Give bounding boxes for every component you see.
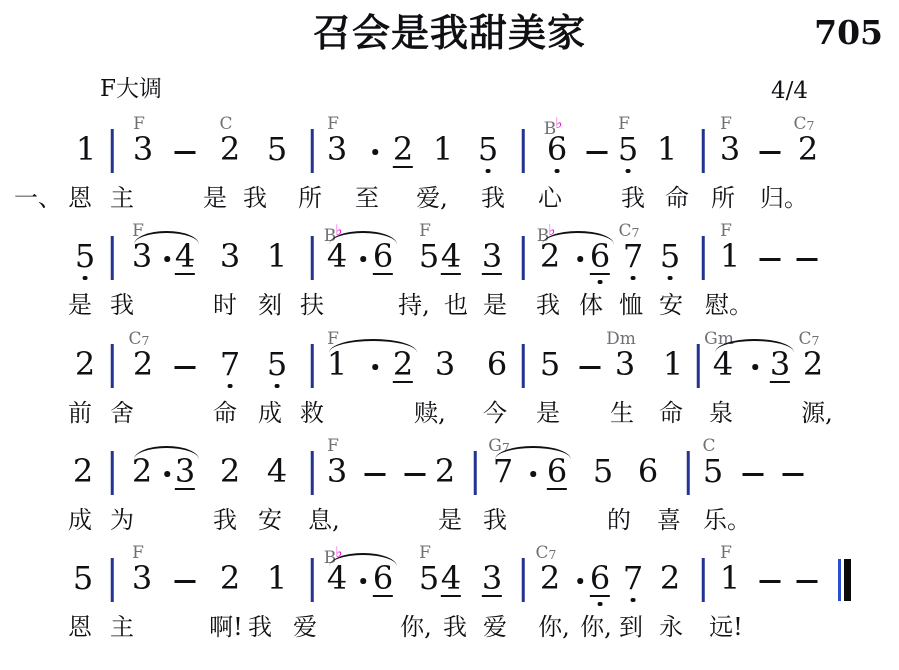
note: 2	[393, 133, 413, 168]
lyric-syllable: 心	[538, 185, 562, 211]
note: 5	[703, 455, 723, 487]
note: 3	[327, 133, 347, 165]
chord-label: F	[327, 116, 339, 133]
chord-label: F	[720, 545, 732, 562]
sustain-dash	[175, 366, 196, 369]
lyric-syllable: 我	[483, 507, 507, 533]
lyric-syllable: 为	[110, 507, 134, 533]
final-bar-thin-line	[838, 559, 841, 601]
augmentation-dot	[372, 149, 378, 155]
sustain-dash	[175, 580, 196, 583]
note: 5	[267, 348, 287, 380]
note: 5	[419, 562, 439, 594]
lyric-syllable: 恩	[68, 614, 92, 640]
octave-dot	[555, 169, 560, 174]
lyric-syllable: 安	[258, 507, 282, 533]
sustain-dash	[580, 366, 601, 369]
note: 6	[487, 348, 507, 380]
chord-extension: 7	[142, 333, 150, 348]
chord-label: C	[702, 438, 715, 455]
chord-letter: F	[618, 114, 630, 134]
chord-label: F	[132, 545, 144, 562]
chord-label: F	[720, 116, 732, 133]
chord-label: C7	[619, 223, 640, 240]
octave-dot	[228, 384, 233, 389]
chord-extension: 7	[812, 333, 820, 348]
chord-label: F	[618, 116, 630, 133]
augmentation-dot	[752, 364, 758, 370]
chord-letter: F	[720, 221, 732, 241]
music-system: 13F2C53F2156B♭5F13F2C7一、恩主是我所至爱,我心我命所归。	[0, 115, 899, 215]
bar-line	[702, 558, 705, 602]
chord-label: C7	[129, 331, 150, 348]
bar-line	[311, 236, 314, 280]
lyric-syllable: 主	[110, 614, 134, 640]
chord-letter: F	[720, 114, 732, 134]
note: 4	[441, 240, 461, 275]
lyric-syllable: 你,	[400, 614, 432, 640]
note: 3	[327, 455, 347, 487]
sustain-dash	[797, 580, 818, 583]
sustain-dash	[405, 473, 426, 476]
lyric-syllable: 慰。	[705, 292, 753, 318]
bar-line	[522, 129, 525, 173]
note: 2	[220, 455, 240, 487]
lyric-syllable: 赎,	[414, 400, 446, 426]
lyric-syllable: 泉	[709, 400, 733, 426]
note: 3	[175, 455, 195, 490]
lyric-syllable: 安	[659, 292, 683, 318]
chord-label: C	[219, 116, 232, 133]
chord-letter: G	[704, 329, 718, 349]
chord-letter: F	[419, 543, 431, 563]
chord-label: C7	[799, 331, 820, 348]
lyric-syllable: 爱	[293, 614, 317, 640]
lyric-syllable: 我	[248, 614, 272, 640]
augmentation-dot	[360, 578, 366, 584]
lyric-syllable: 所	[298, 185, 322, 211]
lyric-syllable: 爱	[483, 614, 507, 640]
note: 7	[623, 240, 643, 272]
note: 2	[393, 348, 413, 383]
bar-line	[111, 344, 114, 388]
lyric-syllable: 命	[213, 400, 237, 426]
chord-letter: F	[720, 543, 732, 563]
note: 2	[660, 562, 680, 594]
note: 4	[267, 455, 287, 487]
lyric-syllable: 舍	[110, 400, 134, 426]
sustain-dash	[760, 580, 781, 583]
lyric-syllable: 我	[443, 614, 467, 640]
sustain-dash	[587, 151, 608, 154]
bar-line	[522, 558, 525, 602]
augmentation-dot	[164, 256, 170, 262]
chord-label: F	[327, 438, 339, 455]
sustain-dash	[783, 473, 804, 476]
augmentation-dot	[164, 471, 170, 477]
music-system: 223243F27G76565C成为我安息,是我的喜乐。	[0, 437, 899, 537]
chord-label: F	[419, 223, 431, 240]
lyric-syllable: 成	[68, 507, 92, 533]
lyric-syllable: 乐。	[703, 507, 751, 533]
chord-label: F	[419, 545, 431, 562]
augmentation-dot	[577, 578, 583, 584]
lyric-syllable: 我	[621, 185, 645, 211]
augmentation-dot	[530, 471, 536, 477]
lyric-syllable: 我	[481, 185, 505, 211]
augmentation-dot	[372, 364, 378, 370]
lyric-syllable: 啊!	[209, 614, 243, 640]
augmentation-dot	[360, 256, 366, 262]
lyric-syllable: 一、	[14, 185, 62, 211]
note: 3	[482, 240, 502, 275]
chord-letter: C	[129, 329, 142, 349]
note: 5	[75, 240, 95, 272]
lyric-syllable: 息,	[308, 507, 340, 533]
note: 1	[267, 240, 287, 272]
lyric-syllable: 命	[665, 185, 689, 211]
chord-label: F	[720, 223, 732, 240]
chord-label: C7	[794, 116, 815, 133]
bar-line	[697, 344, 700, 388]
final-bar-thick-line	[844, 559, 851, 601]
lyric-syllable: 扶	[300, 292, 324, 318]
chord-label: C7	[536, 545, 557, 562]
note: 1	[720, 240, 740, 272]
lyric-syllable: 归。	[760, 185, 808, 211]
chord-letter: D	[606, 329, 620, 349]
bar-line	[311, 451, 314, 495]
bar-line	[311, 344, 314, 388]
lyric-syllable: 恤	[619, 292, 643, 318]
note: 6	[638, 455, 658, 487]
chord-extension: 7	[632, 225, 640, 240]
lyric-syllable: 主	[110, 185, 134, 211]
lyric-syllable: 远!	[709, 614, 743, 640]
sustain-dash	[797, 258, 818, 261]
note: 1	[657, 133, 677, 165]
note: 5	[618, 133, 638, 165]
lyric-syllable: 体	[579, 292, 603, 318]
music-system: 53F214B♭65F432C76721F恩主啊!我爱你,我爱你,你,到永远!	[0, 544, 899, 644]
note: 1	[720, 562, 740, 594]
lyric-syllable: 恩	[68, 185, 92, 211]
lyric-syllable: 至	[355, 185, 379, 211]
lyric-syllable: 是	[483, 292, 507, 318]
note: 2	[73, 455, 93, 487]
lyric-syllable: 我	[243, 185, 267, 211]
note: 3	[133, 133, 153, 165]
octave-dot	[598, 280, 603, 285]
note: 7	[623, 562, 643, 594]
note: 3	[770, 348, 790, 383]
note: 7	[220, 348, 240, 380]
note: 3	[220, 240, 240, 272]
bar-line	[311, 558, 314, 602]
chord-letter: F	[132, 543, 144, 563]
chord-letter: m	[620, 329, 636, 349]
lyric-syllable: 的	[607, 507, 631, 533]
lyric-syllable: 命	[659, 400, 683, 426]
sustain-dash	[760, 151, 781, 154]
note: 3	[720, 133, 740, 165]
note: 6	[373, 240, 393, 275]
chord-letter: F	[133, 114, 145, 134]
octave-dot	[486, 169, 491, 174]
bar-line	[687, 451, 690, 495]
bar-line	[522, 344, 525, 388]
lyric-syllable: 我	[536, 292, 560, 318]
sustain-dash	[365, 473, 386, 476]
music-system: 22C7751F23653Dm14Gm32C7前舍命成救赎,今是生命泉源,	[0, 330, 899, 430]
bar-line	[111, 129, 114, 173]
note: 2	[220, 562, 240, 594]
chord-label: B♭	[544, 116, 563, 138]
note: 5	[478, 133, 498, 165]
note: 4	[441, 562, 461, 597]
octave-dot	[83, 276, 88, 281]
augmentation-dot	[577, 256, 583, 262]
bar-line	[702, 236, 705, 280]
lyric-syllable: 救	[300, 400, 324, 426]
note: 2	[803, 348, 823, 380]
lyric-syllable: 前	[68, 400, 92, 426]
note: 3	[132, 562, 152, 594]
note: 3	[482, 562, 502, 597]
bar-line	[111, 558, 114, 602]
lyric-syllable: 源,	[801, 400, 833, 426]
chord-letter: B	[544, 119, 557, 139]
note: 5	[660, 240, 680, 272]
lyric-syllable: 是	[203, 185, 227, 211]
lyric-syllable: 爱,	[416, 185, 448, 211]
bar-line	[474, 451, 477, 495]
note: 6	[590, 240, 610, 275]
chord-letter: F	[419, 221, 431, 241]
lyric-syllable: 我	[110, 292, 134, 318]
note: 5	[593, 455, 613, 487]
lyric-syllable: 也	[444, 292, 468, 318]
note: 5	[73, 562, 93, 594]
note: 5	[540, 348, 560, 380]
chord-label: Dm	[606, 331, 636, 348]
score-area: 13F2C53F2156B♭5F13F2C7一、恩主是我所至爱,我心我命所归。5…	[0, 0, 899, 670]
chord-letter: F	[327, 436, 339, 456]
lyric-syllable: 时	[213, 292, 237, 318]
note: 6	[547, 455, 567, 490]
lyric-syllable: 持,	[398, 292, 430, 318]
note: 6	[590, 562, 610, 597]
chord-letter: C	[799, 329, 812, 349]
lyric-syllable: 今	[483, 400, 507, 426]
note: 2	[798, 133, 818, 165]
sheet-music-page: 召会是我甜美家 705 F大调 4/4 13F2C53F2156B♭5F13F2…	[0, 0, 899, 670]
music-system: 53F4314B♭65F432B♭67C751F是我时刻扶持,也是我体恤安慰。	[0, 222, 899, 322]
flat-symbol: ♭	[555, 114, 562, 132]
sustain-dash	[760, 258, 781, 261]
chord-extension: 7	[549, 547, 557, 562]
lyric-syllable: 刻	[258, 292, 282, 318]
lyric-syllable: 到	[619, 614, 643, 640]
octave-dot	[631, 276, 636, 281]
lyric-syllable: 你,	[538, 614, 570, 640]
sustain-dash	[175, 151, 196, 154]
chord-extension: 7	[807, 118, 815, 133]
octave-dot	[598, 602, 603, 607]
bar-line	[522, 236, 525, 280]
lyric-syllable: 所	[711, 185, 735, 211]
chord-label: F	[133, 116, 145, 133]
bar-line	[111, 451, 114, 495]
note: 2	[540, 562, 560, 594]
note: 1	[267, 562, 287, 594]
lyric-syllable: 是	[536, 400, 560, 426]
note: 6	[373, 562, 393, 597]
octave-dot	[668, 276, 673, 281]
lyric-syllable: 成	[258, 400, 282, 426]
note: 2	[435, 455, 455, 487]
note: 2	[220, 133, 240, 165]
note: 5	[419, 240, 439, 272]
sustain-dash	[743, 473, 764, 476]
note: 1	[76, 133, 96, 165]
lyric-syllable: 我	[213, 507, 237, 533]
note: 5	[267, 133, 287, 165]
chord-letter: F	[327, 114, 339, 134]
bar-line	[702, 129, 705, 173]
octave-dot	[275, 384, 280, 389]
note: 2	[75, 348, 95, 380]
note: 3	[615, 348, 635, 380]
lyric-syllable: 你,	[580, 614, 612, 640]
lyric-syllable: 是	[438, 507, 462, 533]
chord-letter: C	[536, 543, 549, 563]
note: 1	[433, 133, 453, 165]
lyric-syllable: 生	[610, 400, 634, 426]
lyric-syllable: 是	[68, 292, 92, 318]
chord-letter: C	[702, 436, 715, 456]
note: 2	[133, 348, 153, 380]
octave-dot	[631, 598, 636, 603]
chord-letter: C	[794, 114, 807, 134]
note: 3	[435, 348, 455, 380]
bar-line	[111, 236, 114, 280]
note: 4	[175, 240, 195, 275]
lyric-syllable: 喜	[657, 507, 681, 533]
octave-dot	[626, 169, 631, 174]
chord-letter: C	[219, 114, 232, 134]
chord-letter: C	[619, 221, 632, 241]
bar-line	[311, 129, 314, 173]
lyric-syllable: 永	[659, 614, 683, 640]
note: 1	[663, 348, 683, 380]
